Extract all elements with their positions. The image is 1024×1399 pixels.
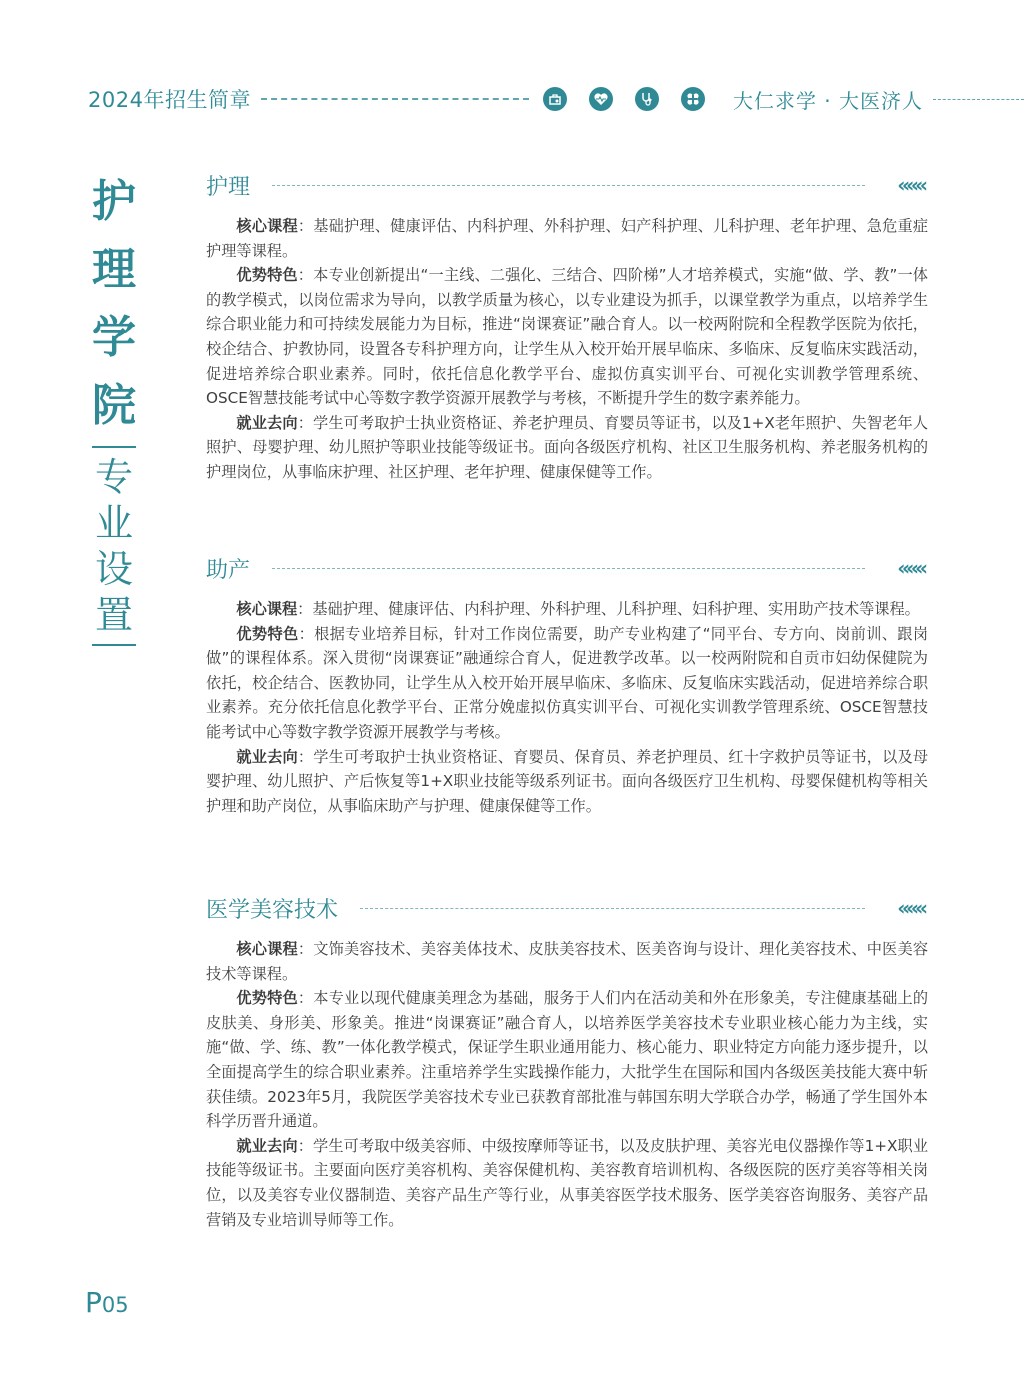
section-nursing: 护理 ««« 核心课程：基础护理、健康评估、内科护理、外科护理、妇产科护理、儿科…: [206, 168, 928, 485]
title-char: 护: [82, 168, 146, 236]
paragraph-label: 核心课程: [236, 217, 298, 235]
paragraph-label: 核心课程: [236, 940, 298, 958]
subtitle-char: 专: [82, 454, 146, 500]
college-vertical-title: 护 理 学 院 专 业 设 置: [82, 168, 146, 652]
chevron-left-icon: «««: [897, 896, 924, 920]
core-courses-paragraph: 核心课程：基础护理、健康评估、内科护理、外科护理、妇产科护理、儿科护理、老年护理…: [206, 214, 928, 263]
section-title: 医学美容技术: [206, 893, 338, 924]
section-divider: [272, 568, 865, 569]
title-char: 院: [82, 372, 146, 440]
paragraph-label: 优势特色: [236, 266, 297, 284]
subtitle-char: 业: [82, 500, 146, 546]
section-divider: [272, 185, 865, 186]
core-courses-paragraph: 核心课程：基础护理、健康评估、内科护理、外科护理、儿科护理、妇科护理、实用助产技…: [206, 597, 928, 622]
header-divider: [261, 98, 529, 100]
page-number: P05: [85, 1286, 129, 1319]
page-prefix: P: [85, 1286, 102, 1319]
title-divider: [92, 446, 136, 448]
employment-paragraph: 就业去向：学生可考取护士执业资格证、育婴员、保育员、养老护理员、红十字救护员等证…: [206, 745, 928, 819]
section-header: 助产 «««: [206, 551, 928, 585]
features-paragraph: 优势特色：根据专业培养目标，针对工作岗位需要，助产专业构建了“同平台、专方向、岗…: [206, 622, 928, 745]
chevron-left-icon: «««: [897, 556, 924, 580]
header-icons: [543, 87, 705, 111]
paragraph-label: 就业去向: [236, 1137, 297, 1155]
section-header: 护理 «««: [206, 168, 928, 202]
school-slogan: 大仁求学 · 大医济人: [733, 85, 923, 114]
section-divider: [360, 908, 865, 909]
features-paragraph: 优势特色：本专业创新提出“一主线、二强化、三结合、四阶梯”人才培养模式，实施“做…: [206, 263, 928, 411]
paragraph-label: 核心课程: [236, 600, 297, 618]
subtitle-divider: [92, 644, 136, 646]
paragraph-label: 就业去向: [236, 748, 298, 766]
section-header: 医学美容技术 «««: [206, 891, 928, 925]
brochure-title: 2024年招生简章: [88, 84, 251, 114]
page-header: 2024年招生简章 大仁求学 · 大医济人: [88, 82, 1024, 116]
medical-cross-icon: [681, 87, 705, 111]
section-title: 护理: [206, 170, 250, 201]
section-midwifery: 助产 ««« 核心课程：基础护理、健康评估、内科护理、外科护理、儿科护理、妇科护…: [206, 551, 928, 818]
section-medical-cosmetology: 医学美容技术 ««« 核心课程：文饰美容技术、美容美体技术、皮肤美容技术、医美咨…: [206, 891, 928, 1232]
stethoscope-icon: [635, 87, 659, 111]
paragraph-label: 就业去向: [236, 414, 297, 432]
heartbeat-icon: [589, 87, 613, 111]
paragraph-label: 优势特色: [236, 625, 298, 643]
core-courses-paragraph: 核心课程：文饰美容技术、美容美体技术、皮肤美容技术、医美咨询与设计、理化美容技术…: [206, 937, 928, 986]
medical-bag-icon: [543, 87, 567, 111]
features-paragraph: 优势特色：本专业以现代健康美理念为基础，服务于人们内在活动美和外在形象美，专注健…: [206, 986, 928, 1134]
title-char: 理: [82, 236, 146, 304]
subtitle-char: 设: [82, 546, 146, 592]
chevron-left-icon: «««: [897, 173, 924, 197]
section-title: 助产: [206, 553, 250, 584]
employment-paragraph: 就业去向：学生可考取护士执业资格证、养老护理员、育婴员等证书，以及1+X老年照护…: [206, 411, 928, 485]
header-divider-right: [933, 99, 1024, 100]
page-digits: 05: [102, 1293, 129, 1317]
paragraph-label: 优势特色: [236, 989, 298, 1007]
title-char: 学: [82, 304, 146, 372]
employment-paragraph: 就业去向：学生可考取中级美容师、中级按摩师等证书，以及皮肤护理、美容光电仪器操作…: [206, 1134, 928, 1232]
subtitle-char: 置: [82, 592, 146, 638]
